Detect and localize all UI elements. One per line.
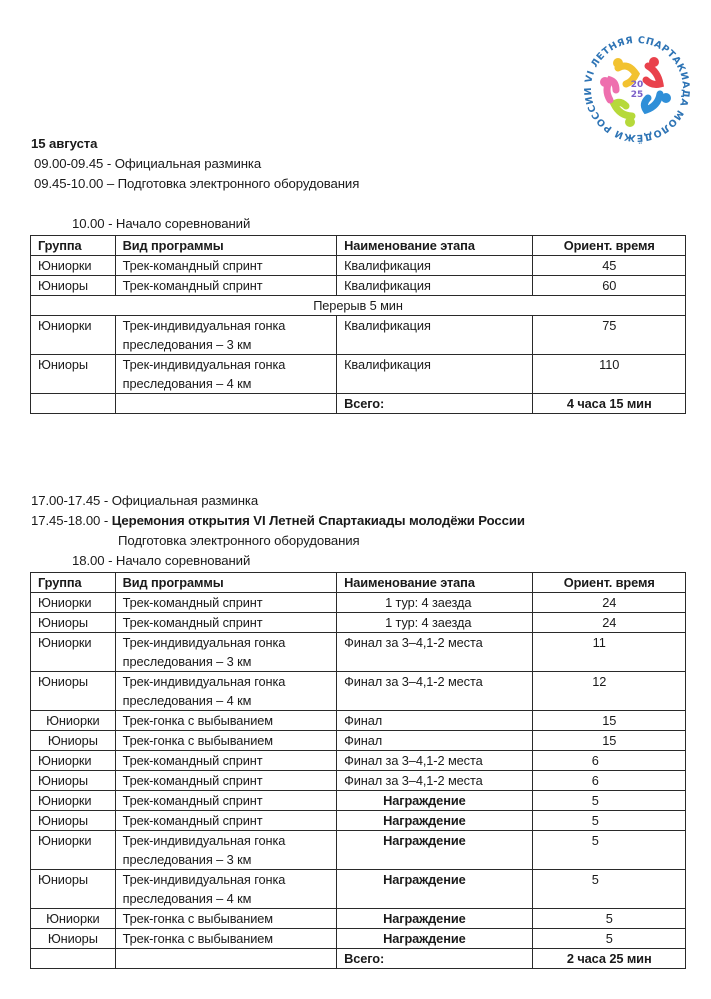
cell-stage: Квалификация (337, 316, 533, 355)
table-row: ЮниоркиТрек-гонка с выбываниемФинал15 (31, 711, 686, 731)
program-line-2: преследования – 3 км (123, 850, 336, 869)
program-line-1: Трек-командный спринт (123, 811, 336, 830)
cell-group: Юниоры (31, 355, 116, 394)
cell-time: 45 (533, 256, 686, 276)
program-line-1: Трек-командный спринт (123, 771, 336, 790)
cell-stage: Финал (337, 711, 533, 731)
day1-line-1: 09.00-09.45 - Официальная разминка (34, 155, 261, 173)
program-line-1: Трек-индивидуальная гонка (123, 316, 336, 335)
cell-stage: 1 тур: 4 заезда (337, 593, 533, 613)
cell-program: Трек-командный спринт (115, 751, 336, 771)
program-line-2: преследования – 4 км (123, 889, 336, 908)
table-row: ЮниоркиТрек-командный спринт1 тур: 4 зае… (31, 593, 686, 613)
cell-group: Юниоры (31, 276, 116, 296)
cell-program: Трек-командный спринт (115, 811, 336, 831)
cell-time: 12 (533, 672, 686, 711)
program-line-1: Трек-командный спринт (123, 751, 336, 770)
header-group: Группа (31, 236, 116, 256)
cell-time: 15 (533, 711, 686, 731)
cell-program: Трек-индивидуальная гонкапреследования –… (115, 831, 336, 870)
ceremony-text: Церемония открытия VI Летней Спартакиады… (112, 513, 525, 528)
program-line-1: Трек-гонка с выбыванием (123, 711, 336, 730)
program-line-1: Трек-индивидуальная гонка (123, 633, 336, 652)
cell-stage: Финал за 3–4,1-2 места (337, 771, 533, 791)
program-line-2: преследования – 3 км (123, 335, 336, 354)
logo-emblem-icon: VI ЛЕТНЯЯ СПАРТАКИАДА МОЛОДЁЖИ РОССИИ 20… (578, 30, 696, 148)
cell-time: 5 (533, 811, 686, 831)
table-row: ЮниорыТрек-командный спринтФинал за 3–4,… (31, 771, 686, 791)
cell-time: 6 (533, 751, 686, 771)
cell-program: Трек-индивидуальная гонкапреследования –… (115, 355, 336, 394)
header-stage: Наименование этапа (337, 573, 533, 593)
header-program: Вид программы (115, 236, 336, 256)
program-line-1: Трек-гонка с выбыванием (123, 909, 336, 928)
cell-group: Юниорки (31, 256, 116, 276)
day1-schedule-table: Группа Вид программы Наименование этапа … (30, 235, 686, 414)
table-row: ЮниорыТрек-индивидуальная гонкапреследов… (31, 672, 686, 711)
cell-time: 11 (533, 633, 686, 672)
day2-prep-line: Подготовка электронного оборудования (118, 532, 360, 550)
cell-stage: Награждение (337, 791, 533, 811)
table-row: ЮниоркиТрек-индивидуальная гонкапреследо… (31, 831, 686, 870)
total-label: Всего: (337, 394, 533, 414)
program-line-1: Трек-командный спринт (123, 593, 336, 612)
cell-stage: Награждение (337, 811, 533, 831)
table-header-row: Группа Вид программы Наименование этапа … (31, 573, 686, 593)
total-label: Всего: (337, 949, 533, 969)
cell-stage: Квалификация (337, 256, 533, 276)
cell-program: Трек-индивидуальная гонкапреследования –… (115, 870, 336, 909)
day2-line-1: 17.00-17.45 - Официальная разминка (31, 492, 258, 510)
cell-stage: Финал (337, 731, 533, 751)
cell-group: Юниорки (31, 791, 116, 811)
line-sep: - (100, 513, 111, 528)
line-text: Подготовка электронного оборудования (118, 176, 360, 191)
table-row: Юниорки Трек-индивидуальная гонкапреслед… (31, 316, 686, 355)
program-line-1: Трек-индивидуальная гонка (123, 870, 336, 889)
cell-group: Юниоры (31, 731, 116, 751)
table-row: ЮниоркиТрек-гонка с выбываниемНаграждени… (31, 909, 686, 929)
header-time: Ориент. время (533, 573, 686, 593)
cell-group: Юниорки (31, 633, 116, 672)
cell-stage: Квалификация (337, 276, 533, 296)
cell-group: Юниорки (31, 711, 116, 731)
cell-empty (115, 949, 336, 969)
total-value: 4 часа 15 мин (533, 394, 686, 414)
line-time: 17.45-18.00 (31, 513, 100, 528)
cell-stage: Награждение (337, 870, 533, 909)
line-sep: – (103, 176, 117, 191)
cell-stage: Награждение (337, 831, 533, 870)
cell-program: Трек-индивидуальная гонкапреследования –… (115, 316, 336, 355)
total-row: Всего: 4 часа 15 мин (31, 394, 686, 414)
line-time: 09.45-10.00 (34, 176, 103, 191)
break-row: Перерыв 5 мин (31, 296, 686, 316)
line-text: Официальная разминка (115, 156, 261, 171)
cell-program: Трек-командный спринт (115, 276, 336, 296)
program-line-1: Трек-индивидуальная гонка (123, 355, 336, 374)
cell-stage: Награждение (337, 929, 533, 949)
cell-program: Трек-гонка с выбыванием (115, 929, 336, 949)
day1-start-line: 10.00 - Начало соревнований (72, 215, 250, 233)
cell-time: 5 (533, 791, 686, 811)
cell-time: 110 (533, 355, 686, 394)
header-program: Вид программы (115, 573, 336, 593)
table-row: ЮниорыТрек-индивидуальная гонкапреследов… (31, 870, 686, 909)
day2-line-2: 17.45-18.00 - Церемония открытия VI Летн… (31, 512, 525, 530)
cell-program: Трек-гонка с выбыванием (115, 909, 336, 929)
day2-start-line: 18.00 - Начало соревнований (72, 552, 250, 570)
cell-program: Трек-командный спринт (115, 256, 336, 276)
line-text: Официальная разминка (112, 493, 258, 508)
cell-time: 5 (533, 870, 686, 909)
cell-empty (31, 949, 116, 969)
line-sep: - (103, 156, 114, 171)
cell-stage: 1 тур: 4 заезда (337, 613, 533, 633)
cell-time: 60 (533, 276, 686, 296)
cell-stage: Финал за 3–4,1-2 места (337, 672, 533, 711)
cell-time: 5 (533, 831, 686, 870)
table-row: Юниоры Трек-индивидуальная гонкапреследо… (31, 355, 686, 394)
cell-stage: Квалификация (337, 355, 533, 394)
table-row: ЮниорыТрек-командный спринтНаграждение5 (31, 811, 686, 831)
day1-line-2: 09.45-10.00 – Подготовка электронного об… (34, 175, 359, 193)
spartakiad-logo: VI ЛЕТНЯЯ СПАРТАКИАДА МОЛОДЁЖИ РОССИИ 20… (578, 30, 696, 148)
cell-program: Трек-командный спринт (115, 791, 336, 811)
table-row: Юниорки Трек-командный спринт Квалификац… (31, 256, 686, 276)
table-row: ЮниорыТрек-гонка с выбываниемНаграждение… (31, 929, 686, 949)
cell-time: 6 (533, 771, 686, 791)
cell-time: 24 (533, 613, 686, 633)
cell-break: Перерыв 5 мин (31, 296, 686, 316)
table-row: ЮниоркиТрек-командный спринтФинал за 3–4… (31, 751, 686, 771)
cell-time: 24 (533, 593, 686, 613)
cell-empty (31, 394, 116, 414)
line-time: 09.00-09.45 (34, 156, 103, 171)
logo-year-bottom: 25 (631, 90, 644, 100)
day2-schedule-table: Группа Вид программы Наименование этапа … (30, 572, 686, 969)
total-row: Всего:2 часа 25 мин (31, 949, 686, 969)
cell-group: Юниорки (31, 751, 116, 771)
cell-group: Юниоры (31, 929, 116, 949)
header-group: Группа (31, 573, 116, 593)
cell-group: Юниоры (31, 811, 116, 831)
program-line-2: преследования – 4 км (123, 691, 336, 710)
cell-group: Юниоры (31, 771, 116, 791)
cell-empty (115, 394, 336, 414)
header-time: Ориент. время (533, 236, 686, 256)
line-sep: - (100, 493, 111, 508)
cell-program: Трек-индивидуальная гонкапреследования –… (115, 633, 336, 672)
table-row: ЮниоркиТрек-индивидуальная гонкапреследо… (31, 633, 686, 672)
cell-stage: Финал за 3–4,1-2 места (337, 633, 533, 672)
cell-group: Юниоры (31, 870, 116, 909)
program-line-2: преследования – 4 км (123, 374, 336, 393)
program-line-1: Трек-гонка с выбыванием (123, 731, 336, 750)
cell-program: Трек-командный спринт (115, 613, 336, 633)
cell-time: 5 (533, 909, 686, 929)
cell-group: Юниорки (31, 831, 116, 870)
cell-stage: Финал за 3–4,1-2 места (337, 751, 533, 771)
table-row: Юниоры Трек-командный спринт Квалификаци… (31, 276, 686, 296)
program-line-1: Трек-индивидуальная гонка (123, 672, 336, 691)
day1-date-heading: 15 августа (31, 135, 97, 153)
cell-time: 5 (533, 929, 686, 949)
cell-group: Юниоры (31, 672, 116, 711)
cell-group: Юниорки (31, 316, 116, 355)
cell-group: Юниорки (31, 593, 116, 613)
logo-year-top: 20 (631, 80, 644, 90)
cell-program: Трек-индивидуальная гонкапреследования –… (115, 672, 336, 711)
program-line-1: Трек-командный спринт (123, 791, 336, 810)
cell-program: Трек-гонка с выбыванием (115, 711, 336, 731)
cell-time: 15 (533, 731, 686, 751)
cell-program: Трек-командный спринт (115, 593, 336, 613)
cell-stage: Награждение (337, 909, 533, 929)
program-line-1: Трек-индивидуальная гонка (123, 831, 336, 850)
cell-program: Трек-гонка с выбыванием (115, 731, 336, 751)
cell-program: Трек-командный спринт (115, 771, 336, 791)
table-row: ЮниорыТрек-командный спринт1 тур: 4 заез… (31, 613, 686, 633)
program-line-2: преследования – 3 км (123, 652, 336, 671)
cell-time: 75 (533, 316, 686, 355)
header-stage: Наименование этапа (337, 236, 533, 256)
line-time: 17.00-17.45 (31, 493, 100, 508)
table-header-row: Группа Вид программы Наименование этапа … (31, 236, 686, 256)
table-row: ЮниоркиТрек-командный спринтНаграждение5 (31, 791, 686, 811)
cell-group: Юниорки (31, 909, 116, 929)
program-line-1: Трек-гонка с выбыванием (123, 929, 336, 948)
table-row: ЮниорыТрек-гонка с выбываниемФинал15 (31, 731, 686, 751)
total-value: 2 часа 25 мин (533, 949, 686, 969)
program-line-1: Трек-командный спринт (123, 613, 336, 632)
cell-group: Юниоры (31, 613, 116, 633)
